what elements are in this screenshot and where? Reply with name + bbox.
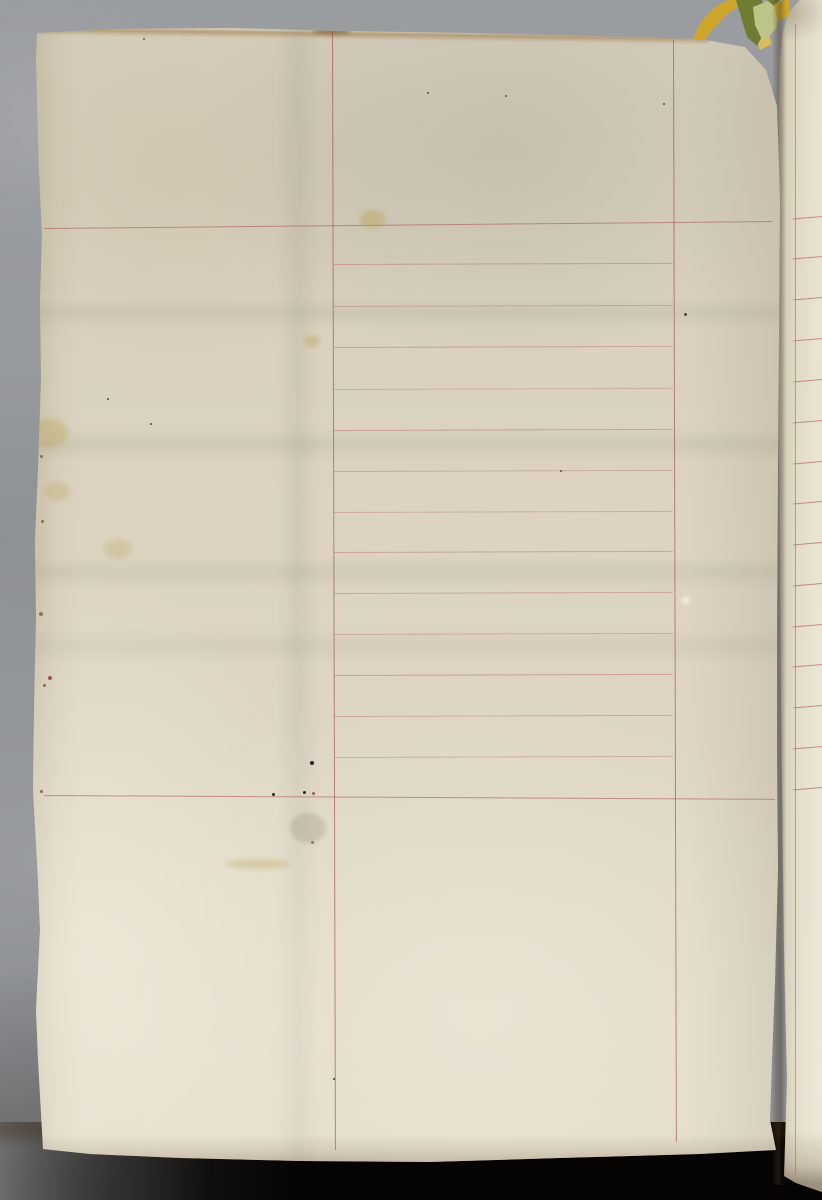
ruled-line-row <box>334 633 673 635</box>
photo-root <box>0 0 822 1200</box>
ink-speck <box>150 423 152 425</box>
ink-speck <box>272 793 275 796</box>
stain <box>290 813 326 843</box>
ink-speck <box>143 38 145 40</box>
ruled-line-row <box>334 263 673 265</box>
ruled-line-vertical <box>332 31 336 1150</box>
ruled-line-full <box>44 795 775 800</box>
ruled-line-row <box>793 501 822 505</box>
ink-speck <box>311 841 314 844</box>
ink-speck <box>310 761 314 765</box>
ruled-line-row <box>793 256 822 260</box>
ruled-line-row <box>334 674 673 676</box>
ink-speck <box>663 103 665 105</box>
ink-speck <box>41 520 44 523</box>
ruled-line-row <box>793 664 822 668</box>
ruled-line-row <box>334 756 673 758</box>
left-page <box>0 0 822 1200</box>
ruled-line-row <box>334 551 673 553</box>
ruled-line-row <box>334 715 673 717</box>
stain <box>682 597 690 604</box>
ruled-line-full <box>44 221 772 229</box>
ruled-line-row <box>793 624 822 628</box>
stain <box>226 859 290 869</box>
ink-speck <box>505 95 507 97</box>
ruled-line-row <box>793 461 822 465</box>
ruled-line-row <box>793 338 822 342</box>
ink-speck <box>40 455 43 458</box>
ruled-line-row <box>793 787 822 791</box>
ruled-line-row <box>793 746 822 750</box>
ruled-line-vertical <box>795 24 796 1174</box>
ruled-line-row <box>334 388 673 390</box>
ruled-line-row <box>334 592 673 594</box>
ruled-line-row <box>793 297 822 301</box>
ruled-line-row <box>793 583 822 587</box>
stain <box>104 539 132 559</box>
ink-speck <box>312 792 315 795</box>
ink-speck <box>333 1078 335 1080</box>
ink-speck <box>684 313 687 316</box>
ruled-line-row <box>793 542 822 546</box>
ink-speck <box>40 790 43 793</box>
ruled-line-row <box>334 511 673 513</box>
ruled-line-row <box>334 305 673 307</box>
ink-speck <box>303 791 306 794</box>
ruled-line-row <box>793 216 822 220</box>
ruled-line-row <box>793 420 822 424</box>
stain <box>304 335 320 347</box>
stain <box>44 482 70 500</box>
ink-speck <box>427 92 429 94</box>
ruled-line-row <box>334 429 673 431</box>
ruled-line-row <box>334 470 673 472</box>
ink-speck <box>107 398 109 400</box>
ruled-line-row <box>793 379 822 383</box>
ruled-line-row <box>793 705 822 709</box>
ink-speck <box>43 684 46 687</box>
ruled-line-row <box>334 346 673 348</box>
ink-speck <box>39 612 43 616</box>
ink-speck <box>560 470 562 472</box>
ruled-line-vertical <box>673 40 677 1142</box>
stain <box>360 210 386 228</box>
ink-speck <box>48 676 52 680</box>
